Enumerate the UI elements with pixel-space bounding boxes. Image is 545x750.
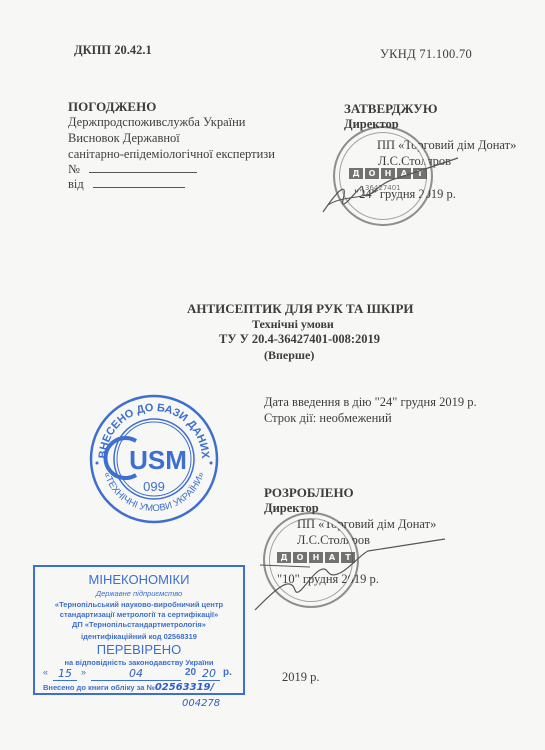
stamp-verified: ПЕРЕВІРЕНО <box>35 642 243 657</box>
footer-year: 2019 р. <box>282 670 320 685</box>
stamp-registry-label: Внесено до книги обліку за № <box>43 683 155 692</box>
agreed-title: ПОГОДЖЕНО <box>68 99 156 114</box>
agreed-line-2: Висновок Державної <box>68 131 180 146</box>
agreed-line-3: санітарно-епідеміологічної експертизи <box>68 147 275 162</box>
number-blank <box>89 172 197 173</box>
usm-number: 099 <box>143 479 165 494</box>
developed-title: РОЗРОБЛЕНО <box>264 485 354 500</box>
document-page: ДКПП 20.42.1 УКНД 71.100.70 ПОГОДЖЕНО Де… <box>0 0 545 750</box>
validity-term: Строк дії: необмежений <box>264 411 392 426</box>
stamp-day: 15 <box>53 667 77 681</box>
stamp-org-type: Державне підприємство <box>35 589 243 598</box>
date-blank <box>93 187 185 188</box>
number-label: № <box>68 162 80 176</box>
stamp-org-name-1: «Тернопільський науково-виробничий центр <box>35 600 243 609</box>
developed-signature <box>250 535 450 615</box>
dkpp-code: ДКПП 20.42.1 <box>74 43 152 58</box>
stamp-org-short: ДП «Тернопільстандартметрологія» <box>35 620 243 629</box>
document-note: (Вперше) <box>264 348 314 363</box>
agreed-number-field: № <box>68 162 197 177</box>
stamp-registry-number: 02563319/ <box>155 682 214 694</box>
stamp-year-unit: р. <box>223 667 232 678</box>
usm-logo: USM <box>129 445 187 475</box>
agreed-date-field: від <box>68 177 185 192</box>
uknd-code: УКНД 71.100.70 <box>380 47 472 62</box>
document-code: ТУ У 20.4-36427401-008:2019 <box>219 332 380 347</box>
stamp-year-suffix: 20 <box>198 667 220 681</box>
approved-title: ЗАТВЕРДЖУЮ <box>344 101 437 116</box>
stamp-month: 04 <box>91 667 181 681</box>
stamp-compliance: на відповідність законодавству України <box>35 658 243 667</box>
effective-date: Дата введення в дію "24" грудня 2019 р. <box>264 395 477 410</box>
document-title: АНТИСЕПТИК ДЛЯ РУК ТА ШКІРИ <box>187 301 414 316</box>
date-label: від <box>68 177 84 191</box>
stamp-registry-row: Внесено до книги обліку за №02563319/ <box>35 682 243 693</box>
usm-database-stamp: ВНЕСЕНО ДО БАЗИ ДАНИХ «ТЕХНІЧНІ УМОВИ УК… <box>88 393 220 525</box>
approved-signature <box>318 150 468 220</box>
stamp-id-code: ідентифікаційний код 02568319 <box>35 632 243 641</box>
stamp-ministry: МІНЕКОНОМІКИ <box>35 572 243 587</box>
verification-stamp: МІНЕКОНОМІКИ Державне підприємство «Терн… <box>33 565 245 695</box>
document-subtitle: Технічні умови <box>252 317 334 332</box>
agreed-line-1: Держпродспоживслужба України <box>68 115 245 130</box>
stamp-year-prefix: 20 <box>185 667 196 678</box>
stamp-org-name-2: стандартизації метрології та сертифікаці… <box>35 610 243 619</box>
stamp-registry-number-2: 004278 <box>182 696 220 711</box>
